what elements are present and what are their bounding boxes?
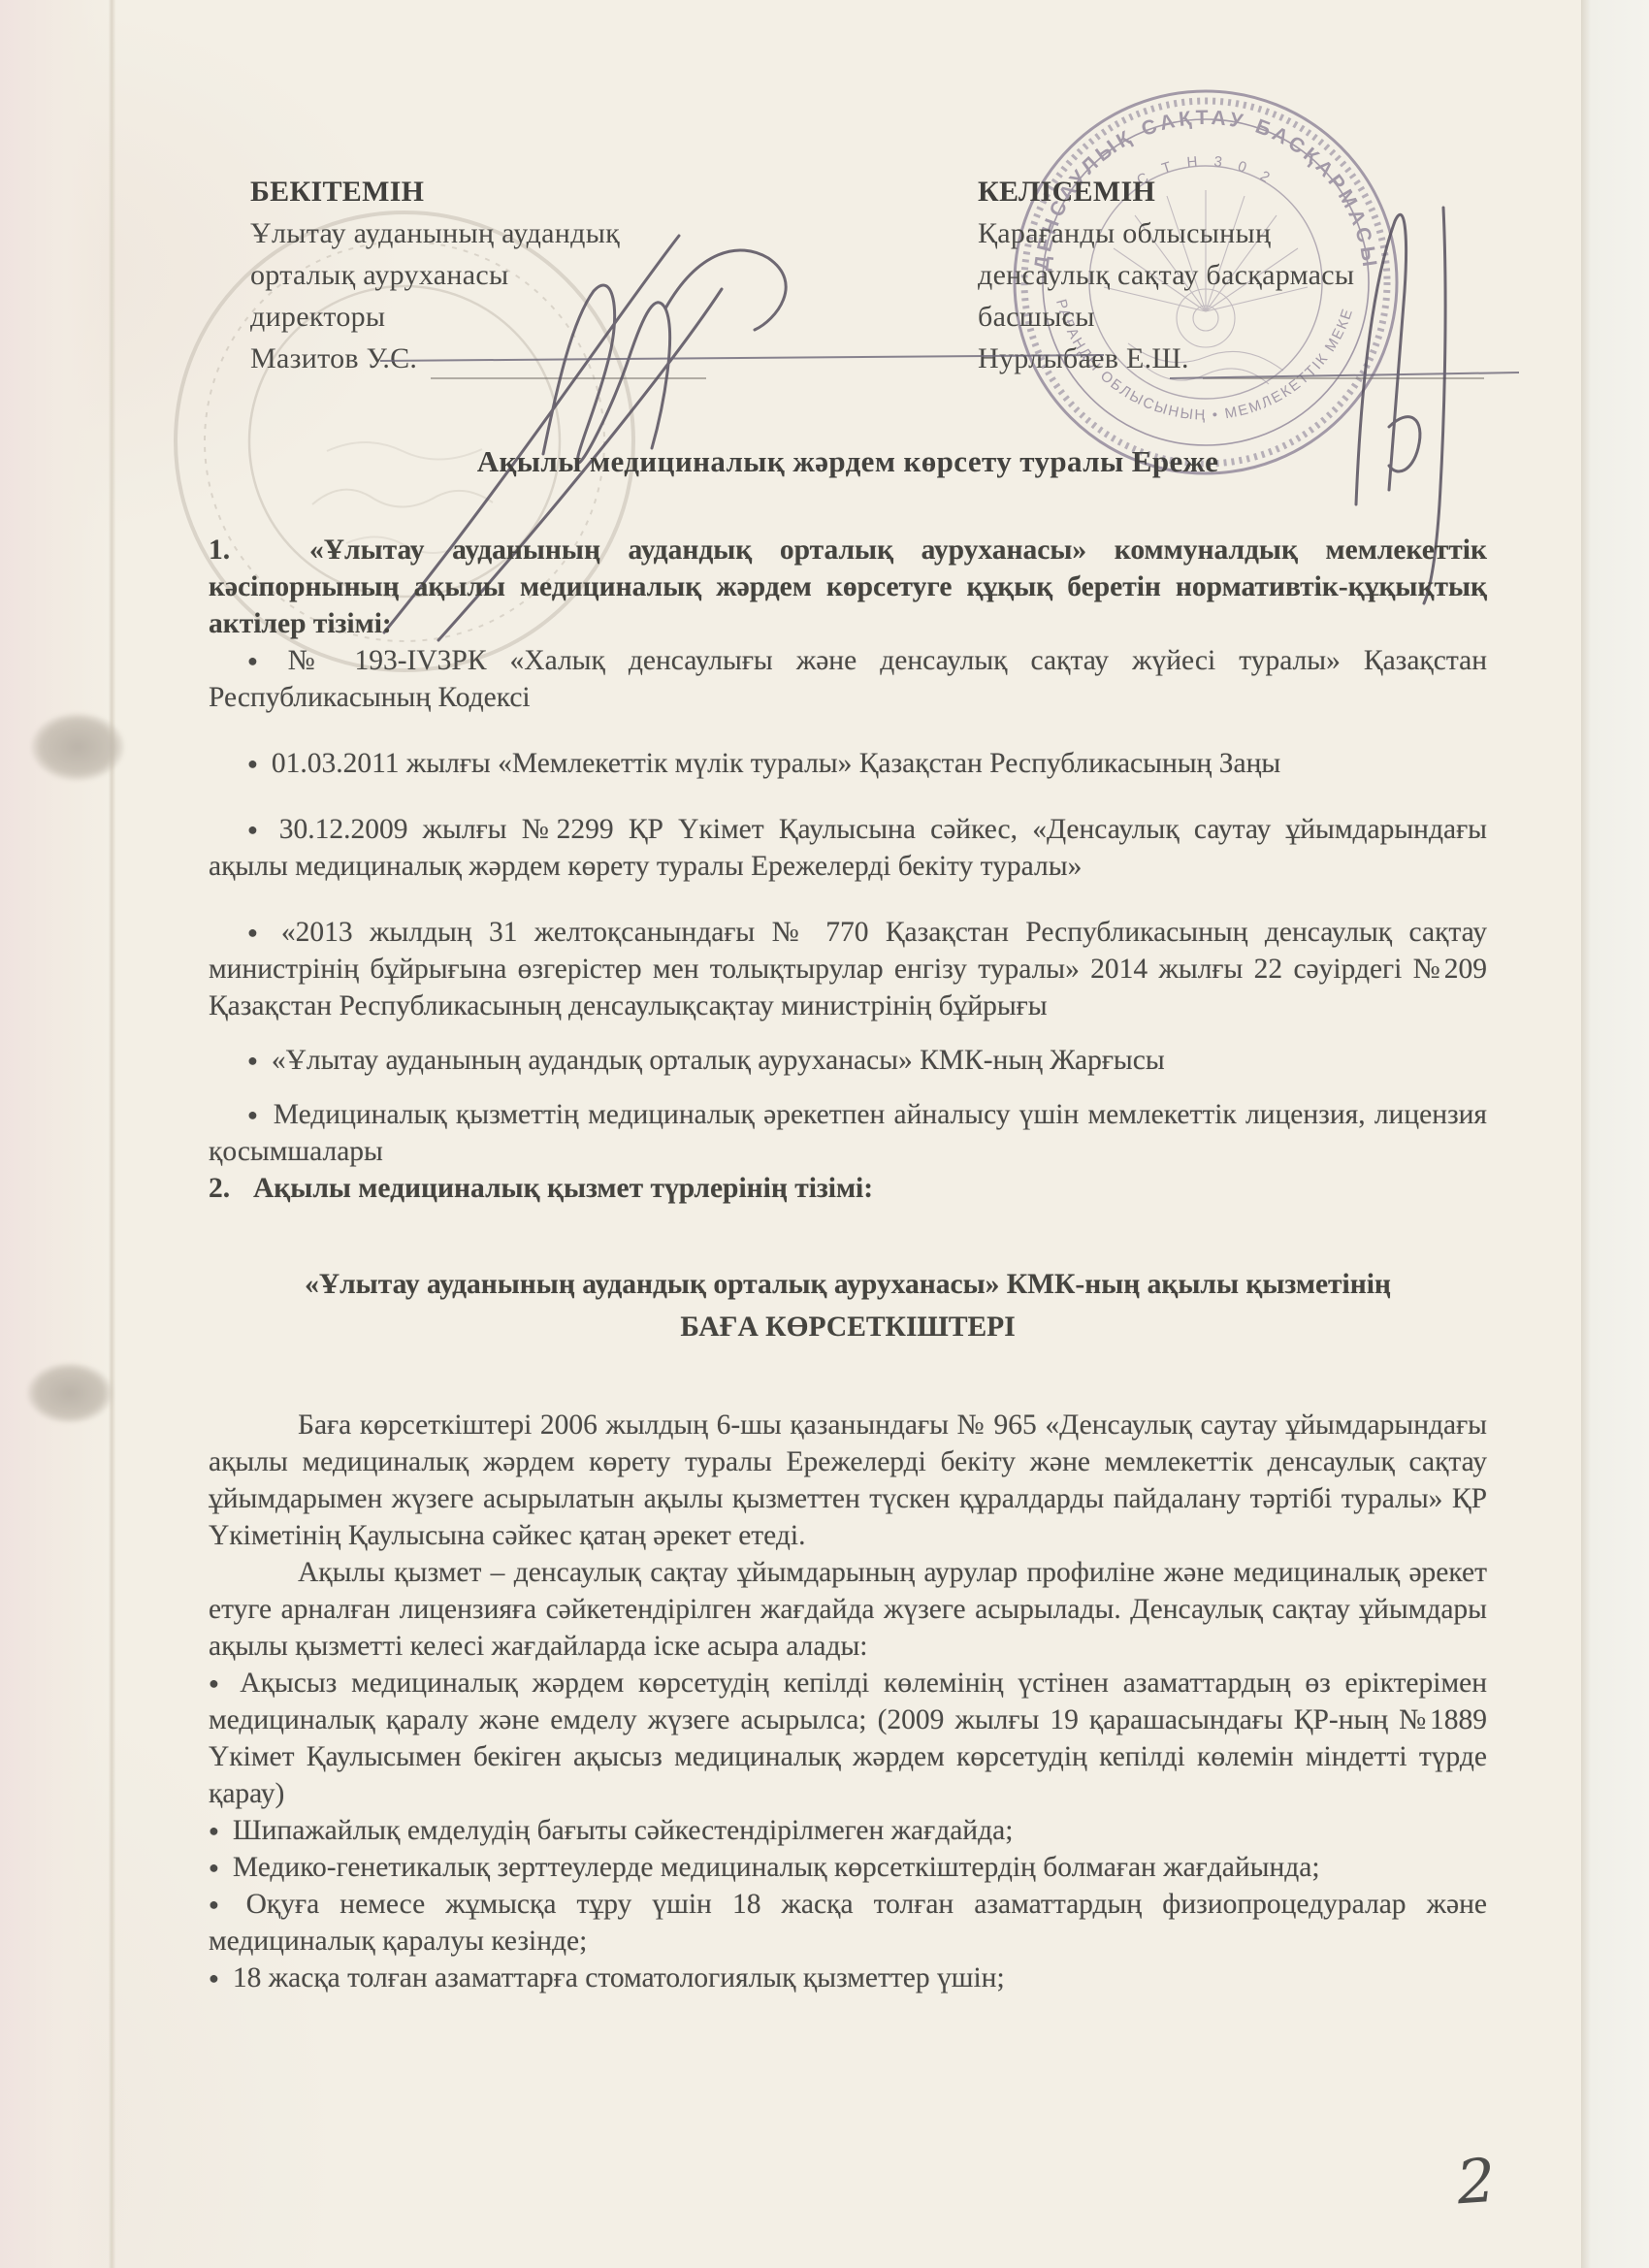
approve-signer-name: Мазитов У.С. [250,338,431,379]
agree-title: КЕЛІСЕМІН [978,171,1484,212]
list-item: «Ұлытау ауданының аудандық орталық аурух… [209,1042,1487,1079]
binding-hole-mark [27,1363,113,1423]
paragraph: Баға көрсеткіштері 2006 жылдың 6-шы қаза… [209,1407,1487,1554]
list-item: Медико-генетикалық зерттеулерде медицина… [209,1849,1487,1886]
list-item: «2013 жылдың 31 желтоқсанындағы № 770 Қа… [209,914,1487,1024]
approve-title: БЕКІТЕМІН [250,171,706,212]
list-item: 30.12.2009 жылғы №2299 ҚР Үкімет Қаулысы… [209,811,1487,885]
agree-signer-name: Нурлыбаев Е.Ш. [978,338,1203,379]
approve-block: БЕКІТЕМІН Ұлытау ауданының аудандық орта… [250,171,706,379]
agree-block: КЕЛІСЕМІН Қарағанды облысының денсаулық … [978,171,1484,379]
body-paragraphs: Баға көрсеткіштері 2006 жылдың 6-шы қаза… [209,1407,1487,1665]
document-body: 1.«Ұлытау ауданының аудандық орталық аур… [209,532,1487,1996]
list-item: 01.03.2011 жылғы «Мемлекеттік мүлік тура… [209,745,1487,782]
list-item: Медициналық қызметтің медициналық әрекет… [209,1096,1487,1170]
handwritten-page-number: 2 [1455,2145,1498,2219]
agree-line: басшысы [978,296,1484,338]
scan-edge-right [1581,0,1649,2268]
section1-intro: 1.«Ұлытау ауданының аудандық орталық аур… [209,532,1487,642]
approve-line: директоры [250,296,706,338]
list-item: № 193-IV3РК «Халық денсаулығы және денса… [209,642,1487,716]
binding-hole-mark [31,713,124,781]
signature-line [1203,344,1484,379]
section1-number: 1. [209,532,253,568]
list-item: Оқуға немесе жұмысқа тұру үшін 18 жасқа … [209,1886,1487,1960]
agree-line: денсаулық сақтау басқармасы [978,254,1484,296]
list-item: Шипажайлық емделудің бағыты сәйкестендір… [209,1812,1487,1849]
list-item: Ақысыз медициналық жәрдем көрсетудің кеп… [209,1665,1487,1812]
price-list-subheading: «Ұлытау ауданының аудандық орталық аурух… [209,1263,1487,1348]
binding-crease [109,0,115,2268]
paragraph: Ақылы қызмет – денсаулық сақтау ұйымдары… [209,1554,1487,1665]
section2-heading: 2.Ақылы медициналық қызмет түрлерінің ті… [209,1170,1487,1207]
scan-edge-left [0,0,109,2268]
signature-line [431,344,706,379]
agree-line: Қарағанды облысының [978,212,1484,254]
section2-number: 2. [209,1170,253,1207]
list-item: 18 жасқа толған азаматтарға стоматология… [209,1960,1487,1996]
approve-line: орталық ауруханасы [250,254,706,296]
legal-acts-list: № 193-IV3РК «Халық денсаулығы және денса… [209,642,1487,1170]
scanned-page: ДЕНСАУЛЫҚ САҚТАУ БАСҚАРМАСЫ • ҚАРАҒАНДЫ … [0,0,1649,2268]
paid-services-conditions-list: Ақысыз медициналық жәрдем көрсетудің кеп… [209,1665,1487,1996]
document-title: Ақылы медициналық жәрдем көрсету туралы … [209,444,1487,479]
approve-line: Ұлытау ауданының аудандық [250,212,706,254]
